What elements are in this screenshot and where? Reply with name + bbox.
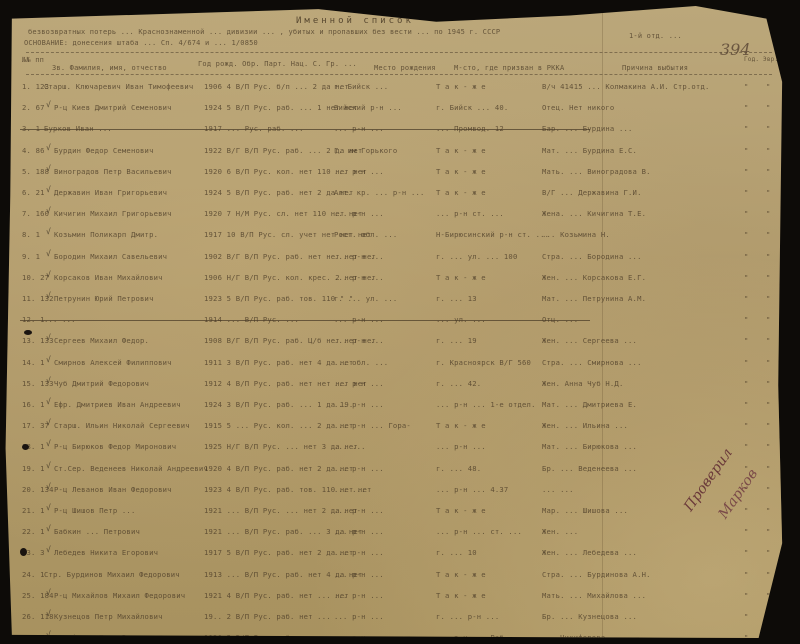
ditto-mark: " xyxy=(744,188,749,197)
place-of-birth: ... ... xyxy=(334,485,366,494)
ditto-mark: " xyxy=(766,230,771,239)
conscription-place: г. Бийск ... 40. xyxy=(436,103,508,112)
soldier-name: Бабкин ... Петрович xyxy=(54,527,140,536)
table-row: 1. 123Старш. Ключаревич Иван Тимофеевич1… xyxy=(4,78,790,100)
checkmark-icon: √ xyxy=(46,206,51,215)
ditto-mark: " xyxy=(766,548,771,557)
table-row: 20. 134√ Р-ц Леванов Иван Федорович1923 … xyxy=(4,481,790,503)
place-of-birth: ... р-н ... xyxy=(334,252,384,261)
soldier-name: Корсаков Иван Михайлович xyxy=(54,273,163,282)
conscription-place: г. ... 48. xyxy=(436,464,481,473)
ditto-mark: " xyxy=(766,336,771,345)
relative-info: Отец. Нет никого xyxy=(542,103,614,112)
relative-info: ... Никифорова ... xyxy=(542,633,624,642)
soldier-name: Старш. Ключаревич Иван Тимофеевич xyxy=(44,82,193,91)
relative-info: Мат. ... Петрунина А.М. xyxy=(542,294,646,303)
soldier-name: Козьмин Поликарп Дмитр. xyxy=(54,230,158,239)
soldier-name: Бородин Михаил Савельевич xyxy=(54,252,167,261)
table-row: 9. 1√ Бородин Михаил Савельевич1902 В/Г … xyxy=(4,248,790,270)
place-of-birth: ... р-н ... xyxy=(334,167,384,176)
row-details: 1921 4 В/П Рус. раб. нет ... нет xyxy=(204,591,349,600)
conscription-place: Т а к - ж е xyxy=(436,591,486,600)
row-details: 1920 4 В/П Рус. раб. нет 2 да нет xyxy=(204,464,353,473)
document-page: Именной список безвозвратных потерь ... … xyxy=(4,6,790,638)
ditto-mark: " xyxy=(766,124,771,133)
row-number: 6. 21 xyxy=(22,188,45,197)
conscription-place: г. ... 19 xyxy=(436,336,477,345)
table-row: 14. 1√ Смирнов Алексей Филиппович1911 3 … xyxy=(4,354,790,376)
ditto-mark: " xyxy=(766,146,771,155)
place-of-birth: ... р-н ... xyxy=(334,336,384,345)
table-row: 16. 1√ Ефр. Дмитриев Иван Андреевич1924 … xyxy=(4,396,790,418)
relative-info: Мать. ... Виноградова В. xyxy=(542,167,651,176)
checkmark-icon: √ xyxy=(46,100,51,109)
checkmark-icon: √ xyxy=(46,291,51,300)
table-row: 15. 133√ Чуб Дмитрий Федорович1912 4 В/П… xyxy=(4,375,790,397)
ditto-mark: " xyxy=(744,591,749,600)
row-details: 1906 4 В/П Рус. б/п ... 2 да нет xyxy=(204,82,349,91)
table-row: 19. 1√ Ст.Сер. Веденеев Николай Андрееви… xyxy=(4,460,790,482)
table-row: 25. 184√ Р-ц Михайлов Михаил Федорович19… xyxy=(4,587,790,609)
table-row: 13. 133√ Сергеев Михаил Федор.1908 В/Г В… xyxy=(4,332,790,354)
table-row: 17. 37√ Старш. Ильин Николай Сергеевич19… xyxy=(4,417,790,439)
ditto-mark: " xyxy=(744,548,749,557)
soldier-name: Державин Иван Григорьевич xyxy=(54,188,167,197)
relative-info: Жена. ... Кичигина Т.Е. xyxy=(542,209,646,218)
table-row: 27. 120√ Никифоров Петр Васильевич1920 5… xyxy=(4,629,790,644)
ditto-mark: " xyxy=(744,421,749,430)
ditto-mark: " xyxy=(766,82,771,91)
row-details: 1920 5 В/П Рус. раб. ... нет xyxy=(204,633,331,642)
ditto-mark: " xyxy=(744,124,749,133)
ditto-mark: " xyxy=(744,82,749,91)
row-number: 9. 1 xyxy=(22,252,40,261)
conscription-place: ... р-н ... ст. ... xyxy=(436,527,522,536)
row-number: 19. 1 xyxy=(22,464,45,473)
checkmark-icon: √ xyxy=(46,333,51,342)
relative-info: Жен. ... Лебедева ... xyxy=(542,548,637,557)
ditto-mark: " xyxy=(744,442,749,451)
checkmark-icon: √ xyxy=(46,376,51,385)
row-number: 22. 1 xyxy=(22,527,45,536)
soldier-name: Смирнов Алексей Филиппович xyxy=(54,358,172,367)
conscription-place: Т а к - ж е xyxy=(436,421,486,430)
place-of-birth: Бийский р-н ... xyxy=(334,103,402,112)
checkmark-icon: √ xyxy=(46,418,51,427)
relative-info: Бр. ... Кузнецова ... xyxy=(542,612,637,621)
relative-info: Мар. ... Шишова ... xyxy=(542,506,628,515)
conscription-place: Т а к - ж е xyxy=(436,188,486,197)
ditto-mark: " xyxy=(766,633,771,642)
conscription-place: Т а к - ж е xyxy=(436,506,486,515)
intro-line-2: ОСНОВАНИЕ: донесения штаба ... Сп. 4/674… xyxy=(24,39,258,47)
checkmark-icon: √ xyxy=(46,355,51,364)
conscription-place: ... р-н ... Раб. xyxy=(436,633,508,642)
relative-info: Мат. ... Бирюкова ... xyxy=(542,442,637,451)
checkmark-icon: √ xyxy=(46,588,51,597)
ditto-mark: " xyxy=(766,464,771,473)
col-header-reason: Причина выбытия xyxy=(622,64,688,72)
ditto-mark: " xyxy=(766,527,771,536)
ditto-mark: " xyxy=(766,400,771,409)
checkmark-icon: √ xyxy=(46,545,51,554)
conscription-place: ... р-н ... 1-е отдел. xyxy=(436,400,536,409)
table-row: 18. 1√ Р-ц Бирюков Федор Миронович1925 Н… xyxy=(4,438,790,460)
conscription-place: Т а к - ж е xyxy=(436,273,486,282)
conscription-place: г. ... 10 xyxy=(436,548,477,557)
table-row: 2. 67√ Р-ц Киев Дмитрий Семенович1924 5 … xyxy=(4,99,790,121)
ditto-mark: " xyxy=(766,612,771,621)
conscription-place: ... р-н ... 4.37 xyxy=(436,485,508,494)
document-title: Именной список xyxy=(296,16,414,26)
table-row: 12. 1... ...1914 ... В/П Рус. ...... р-н… xyxy=(4,311,790,333)
conscription-place: ... р-н ... xyxy=(436,442,486,451)
table-row: 21. 1√ Р-ц Шишов Петр ...1921 ... В/П Ру… xyxy=(4,502,790,524)
ditto-mark: " xyxy=(766,315,771,324)
row-details: 1915 5 ... Рус. кол. ... 2 да нет xyxy=(204,421,353,430)
soldier-name: Лебедев Никита Егорович xyxy=(54,548,158,557)
relative-info: Жен. ... Сергеева ... xyxy=(542,336,637,345)
ditto-mark: " xyxy=(744,103,749,112)
soldier-name: Никифоров Петр Васильевич xyxy=(54,633,167,642)
soldier-name: Ефр. Дмитриев Иван Андреевич xyxy=(54,400,181,409)
conscription-place: г. ... 13 xyxy=(436,294,477,303)
table-row: 10. 27√ Корсаков Иван Михайлович1906 Н/Г… xyxy=(4,269,790,291)
conscription-place: г. ... 42. xyxy=(436,379,481,388)
punch-mark xyxy=(20,548,27,556)
ditto-mark: " xyxy=(766,252,771,261)
row-number: 4. 86 xyxy=(22,146,45,155)
relative-info: Мат. ... Дмитриева Е. xyxy=(542,400,637,409)
table-row: 3. 1Бурков Иван ...1917 ... Рус. раб. ..… xyxy=(4,120,790,142)
row-details: 1924 5 В/П Рус. раб. нет 2 да нет xyxy=(204,188,353,197)
strikethrough-line xyxy=(20,129,590,130)
ditto-mark: " xyxy=(744,273,749,282)
checkmark-icon: √ xyxy=(46,609,51,618)
row-details: 1917 5 В/П Рус. раб. нет 2 да нет xyxy=(204,548,353,557)
place-of-birth: Алт. кр. ... р-н ... xyxy=(334,188,425,197)
checkmark-icon: √ xyxy=(46,249,51,258)
ditto-mark: " xyxy=(744,633,749,642)
ditto-mark: " xyxy=(766,167,771,176)
conscription-place: г. ... р-н ... xyxy=(436,612,499,621)
place-of-birth: Г. им Горького xyxy=(334,146,397,155)
checkmark-icon: √ xyxy=(46,524,51,533)
conscription-place: Т а к - ж е xyxy=(436,167,486,176)
table-row: 24. 1Стр. Бурдинов Михаил Федорович1913 … xyxy=(4,566,790,588)
checkmark-icon: √ xyxy=(46,164,51,173)
conscription-place: г. ... ул. ... 100 xyxy=(436,252,518,261)
place-of-birth: ... р-н ... xyxy=(334,379,384,388)
strikethrough-line xyxy=(20,320,590,321)
soldier-name: Р-ц Леванов Иван Федорович xyxy=(54,485,172,494)
place-of-birth: ... р-н ... xyxy=(334,464,384,473)
ditto-mark: " xyxy=(744,506,749,515)
soldier-name: Чуб Дмитрий Федорович xyxy=(54,379,149,388)
soldier-name: Р-ц Киев Дмитрий Семенович xyxy=(54,103,172,112)
place-of-birth: ... ... xyxy=(334,442,366,451)
ditto-mark: " xyxy=(766,506,771,515)
relative-info: Жен. ... xyxy=(542,527,578,536)
conscription-place: Н-Бирюсинский р-н ст. ... xyxy=(436,230,549,239)
ditto-mark: " xyxy=(766,570,771,579)
table-row: 26. 118√ Кузнецов Петр Михайлович19.. 2 … xyxy=(4,608,790,630)
checkmark-icon: √ xyxy=(46,503,51,512)
relative-info: Жен. ... Корсакова Е.Г. xyxy=(542,273,646,282)
ditto-mark: " xyxy=(744,527,749,536)
checkmark-icon: √ xyxy=(46,630,51,639)
relative-info: ... Козьмина Н. xyxy=(542,230,610,239)
relative-info: Бр. ... Веденеева ... xyxy=(542,464,637,473)
ditto-mark: " xyxy=(744,379,749,388)
table-row: 23. 3√ Лебедев Никита Егорович1917 5 В/П… xyxy=(4,544,790,566)
place-of-birth: ... р-н ... xyxy=(334,570,384,579)
header-rule-top xyxy=(26,52,772,53)
ditto-mark: " xyxy=(744,612,749,621)
row-number: 24. 1 xyxy=(22,570,45,579)
row-details: 1924 3 В/П Рус. раб. ... 1 да 19. xyxy=(204,400,353,409)
row-number: 2. 67 xyxy=(22,103,45,112)
conscription-place: г. Красноярск В/Г 560 xyxy=(436,358,531,367)
ditto-mark: " xyxy=(744,294,749,303)
table-row: 11. 132√ Петрунин Юрий Петрович1923 5 В/… xyxy=(4,290,790,312)
row-number: 8. 1 xyxy=(22,230,40,239)
ditto-mark: " xyxy=(766,294,771,303)
soldier-name: Виноградов Петр Васильевич xyxy=(54,167,172,176)
conscription-place: Т а к - ж е xyxy=(436,570,486,579)
checkmark-icon: √ xyxy=(46,143,51,152)
relative-info: Стра. ... Бородина ... xyxy=(542,252,642,261)
conscription-place: Т а к - ж е xyxy=(436,82,486,91)
place-of-birth: ... р-н ... xyxy=(334,633,384,642)
ditto-mark: " xyxy=(766,442,771,451)
place-of-birth: ... р-н ... xyxy=(334,209,384,218)
conscription-place: ... р-н ст. ... xyxy=(436,209,504,218)
ditto-mark: " xyxy=(766,273,771,282)
soldier-name: Р-ц Михайлов Михаил Федорович xyxy=(54,591,185,600)
relative-info: Мат. ... Бурдина Е.С. xyxy=(542,146,637,155)
table-row: 5. 188√ Виноградов Петр Васильевич1920 6… xyxy=(4,163,790,185)
checkmark-icon: √ xyxy=(46,439,51,448)
place-of-birth: ... р-н ... Гора- xyxy=(334,421,411,430)
soldier-name: Петрунин Юрий Петрович xyxy=(54,294,154,303)
ditto-mark: " xyxy=(766,591,771,600)
ditto-mark: " xyxy=(744,358,749,367)
table-row: 22. 1√ Бабкин ... Петрович1921 ... В/П Р… xyxy=(4,523,790,545)
ditto-mark: " xyxy=(744,336,749,345)
intro-line-1: безвозвратных потерь ... Краснознаменной… xyxy=(28,28,500,36)
ditto-mark: " xyxy=(744,252,749,261)
ditto-mark: " xyxy=(766,209,771,218)
table-row: 8. 1√ Козьмин Поликарп Дмитр.1917 10 В/П… xyxy=(4,226,790,248)
relative-info: Стра. ... Бурдинова А.Н. xyxy=(542,570,651,579)
ditto-mark: " xyxy=(744,209,749,218)
row-number: 16. 1 xyxy=(22,400,45,409)
row-number: 21. 1 xyxy=(22,506,45,515)
ditto-mark: " xyxy=(766,188,771,197)
relative-info: В/Г ... Державина Г.И. xyxy=(542,188,642,197)
place-of-birth: Рост. обл. ... xyxy=(334,230,397,239)
ditto-mark: " xyxy=(744,146,749,155)
ditto-mark: " xyxy=(744,570,749,579)
soldier-name: Р-ц Шишов Петр ... xyxy=(54,506,136,515)
relative-info: Жен. Анна Чуб Н.Д. xyxy=(542,379,624,388)
table-row: 6. 21√ Державин Иван Григорьевич1924 5 В… xyxy=(4,184,790,206)
ditto-mark: " xyxy=(744,167,749,176)
top-right-note: 1-й отд. ... xyxy=(629,32,682,40)
relative-info: Мать. ... Михайлова ... xyxy=(542,591,646,600)
col-header-name: Зв. Фамилия, имя, отчество xyxy=(52,64,167,72)
row-details: 1923 5 В/П Рус. раб. тов. 110 " " xyxy=(204,294,353,303)
relative-info: ... ... xyxy=(542,485,574,494)
checkmark-icon: √ xyxy=(46,227,51,236)
soldier-name: Сергеев Михаил Федор. xyxy=(54,336,149,345)
ditto-mark: " xyxy=(744,315,749,324)
col-header-num: №№ пп xyxy=(22,56,44,64)
soldier-name: Кузнецов Петр Михайлович xyxy=(54,612,163,621)
col-header-conscription: М-сто, где призван в РККА xyxy=(454,64,564,72)
soldier-name: Старш. Ильин Николай Сергеевич xyxy=(54,421,190,430)
checkmark-icon: √ xyxy=(46,482,51,491)
row-details: 19.. 2 В/П Рус. раб. нет ... xyxy=(204,612,331,621)
checkmark-icon: √ xyxy=(46,461,51,470)
place-of-birth: ... р-н ... xyxy=(334,612,384,621)
row-number: 14. 1 xyxy=(22,358,45,367)
checkmark-icon: √ xyxy=(46,185,51,194)
ditto-mark: " xyxy=(766,421,771,430)
checkmark-icon: √ xyxy=(46,397,51,406)
ditto-mark: " xyxy=(766,379,771,388)
place-of-birth: ... р-н ... xyxy=(334,548,384,557)
punch-mark xyxy=(22,444,29,450)
place-of-birth: г. Бийск ... xyxy=(334,82,388,91)
ditto-mark: " xyxy=(766,358,771,367)
place-of-birth: ... р-н ... xyxy=(334,273,384,282)
soldier-name: Ст.Сер. Веденеев Николай Андреевич xyxy=(54,464,208,473)
ditto-mark: " xyxy=(744,400,749,409)
place-of-birth: ... р-н ... xyxy=(334,527,384,536)
place-of-birth: ... р-н ... xyxy=(334,591,384,600)
header-rule-bottom xyxy=(26,74,772,75)
punch-mark xyxy=(24,330,32,335)
checkmark-icon: √ xyxy=(46,270,51,279)
place-of-birth: ... обл. ... xyxy=(334,358,388,367)
table-row: 4. 86√ Бурдин Федор Семенович1922 В/Г В/… xyxy=(4,142,790,164)
relative-info: Стра. ... Смирнова ... xyxy=(542,358,642,367)
soldier-name: Бурдин Федор Семенович xyxy=(54,146,154,155)
relative-info: В/ч 41415 ... Колмакина А.И. Стр.отд. xyxy=(542,82,710,91)
soldier-name: Кичигин Михаил Григорьевич xyxy=(54,209,172,218)
col-header-place-of-birth: Место рождения xyxy=(374,64,436,72)
ditto-mark: " xyxy=(744,230,749,239)
table-row: 7. 160√ Кичигин Михаил Григорьевич1920 7… xyxy=(4,205,790,227)
conscription-place: Т а к - ж е xyxy=(436,146,486,155)
relative-info: Жен. ... Ильина ... xyxy=(542,421,628,430)
place-of-birth: г. ... ул. ... xyxy=(334,294,397,303)
soldier-name: Р-ц Бирюков Федор Миронович xyxy=(54,442,176,451)
place-of-birth: ... р-н ... xyxy=(334,506,384,515)
ditto-mark: " xyxy=(766,103,771,112)
row-details: 1911 3 В/П Рус. раб. нет 4 да нет xyxy=(204,358,353,367)
soldier-name: Стр. Бурдинов Михаил Федорович xyxy=(44,570,180,579)
col-header-date: Год. Эвр. Н/с. ... xyxy=(744,56,800,63)
ditto-mark: " xyxy=(766,485,771,494)
place-of-birth: ... р-н ... xyxy=(334,400,384,409)
col-header-details: Год рожд. Обр. Парт. Нац. С. Гр. ... xyxy=(198,60,357,68)
